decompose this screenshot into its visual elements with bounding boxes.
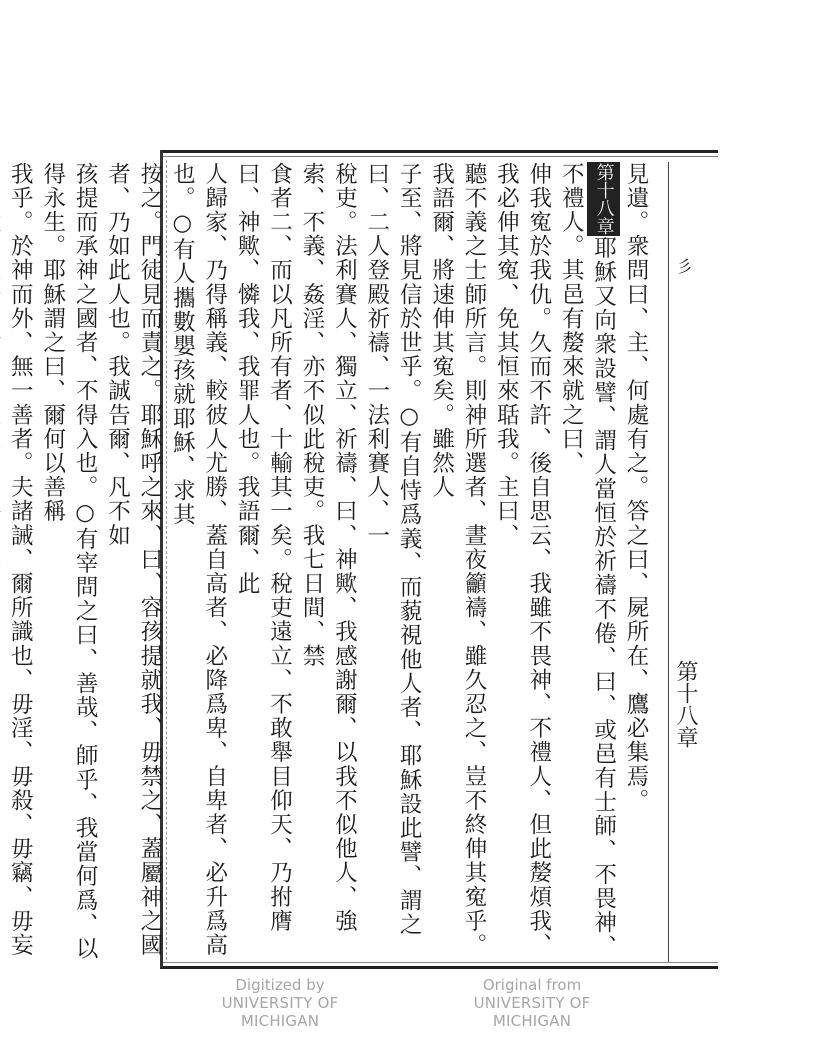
text-column: 見遺。衆問曰、主、何處有之。答之曰、屍所在、鷹必集焉。: [620, 162, 652, 962]
margin-ornament: 彡: [672, 258, 695, 274]
text-column: 聽不義之士師所言。則神所選者、晝夜籲禱、雖久忍之、豈不終伸其寃乎。我語爾、將速伸…: [425, 162, 490, 962]
bottom-border-rule: [160, 966, 718, 969]
digitized-by-watermark: Digitized by UNIVERSITY OF MICHIGAN: [180, 976, 380, 1030]
original-from-label: Original from: [432, 976, 632, 994]
text-column: 伸我寃於我仇。久而不許、後自思云、我雖不畏神、不禮人、但此嫠煩我、我必伸其寃、免…: [490, 162, 555, 962]
text-column: 按之。門徒見而責之。耶穌呼之來、曰、容孩提就我、毋禁之、蓋屬神之國者、乃如此人也…: [101, 162, 166, 962]
right-margin-rule: [668, 162, 669, 962]
text-column: 孩提而承神之國者、不得入也。○有宰問之曰、善哉、師乎、我當何爲、以得永生。耶穌謂…: [36, 162, 101, 962]
text-column-body: 耶穌又向衆設譬、謂人當恒於祈禱不倦、曰、或邑有士師、不畏神、不禮人。其邑有嫠來就…: [558, 162, 616, 959]
margin-chapter-title: 第十八章: [672, 660, 698, 748]
digitized-by-label: Digitized by: [180, 976, 380, 994]
top-border-rule: [160, 150, 718, 153]
top-border-inner-rule: [160, 156, 718, 157]
text-column: 我乎。於神而外、無一善者。夫諸誡、爾所識也、毋淫、毋殺、毋竊、毋妄證、敬爾父母。…: [0, 162, 36, 962]
vertical-text-body: 見遺。衆問曰、主、何處有之。答之曰、屍所在、鷹必集焉。 第十八章耶穌又向衆設譬、…: [172, 162, 652, 962]
bottom-border-inner-rule: [160, 962, 718, 963]
original-from-watermark: Original from UNIVERSITY OF MICHIGAN: [432, 976, 632, 1030]
text-column-chapter-start: 第十八章耶穌又向衆設譬、謂人當恒於祈禱不倦、曰、或邑有士師、不畏神、不禮人。其邑…: [555, 162, 620, 962]
original-from-institution: UNIVERSITY OF MICHIGAN: [432, 994, 632, 1030]
text-column: 人歸家、乃得稱義、較彼人尤勝、蓋自高者、必降爲卑、自卑者、必升爲高也。○有人攜數…: [166, 162, 231, 962]
text-column: 食者二、而以凡所有者、十輸其一矣。稅吏遠立、不敢舉目仰天、乃拊膺曰、神歟、憐我、…: [231, 162, 296, 962]
digitized-by-institution: UNIVERSITY OF MICHIGAN: [180, 994, 380, 1030]
text-column: 稅吏。法利賽人、獨立、祈禱、曰、神歟、我感謝爾、以我不似他人、強索、不義、姦淫、…: [296, 162, 361, 962]
text-column: 子至、將見信於世乎。○有自恃爲義、而藐視他人者、耶穌設此譬、謂之曰、二人登殿祈禱…: [360, 162, 425, 962]
chapter-marker: 第十八章: [587, 162, 619, 236]
